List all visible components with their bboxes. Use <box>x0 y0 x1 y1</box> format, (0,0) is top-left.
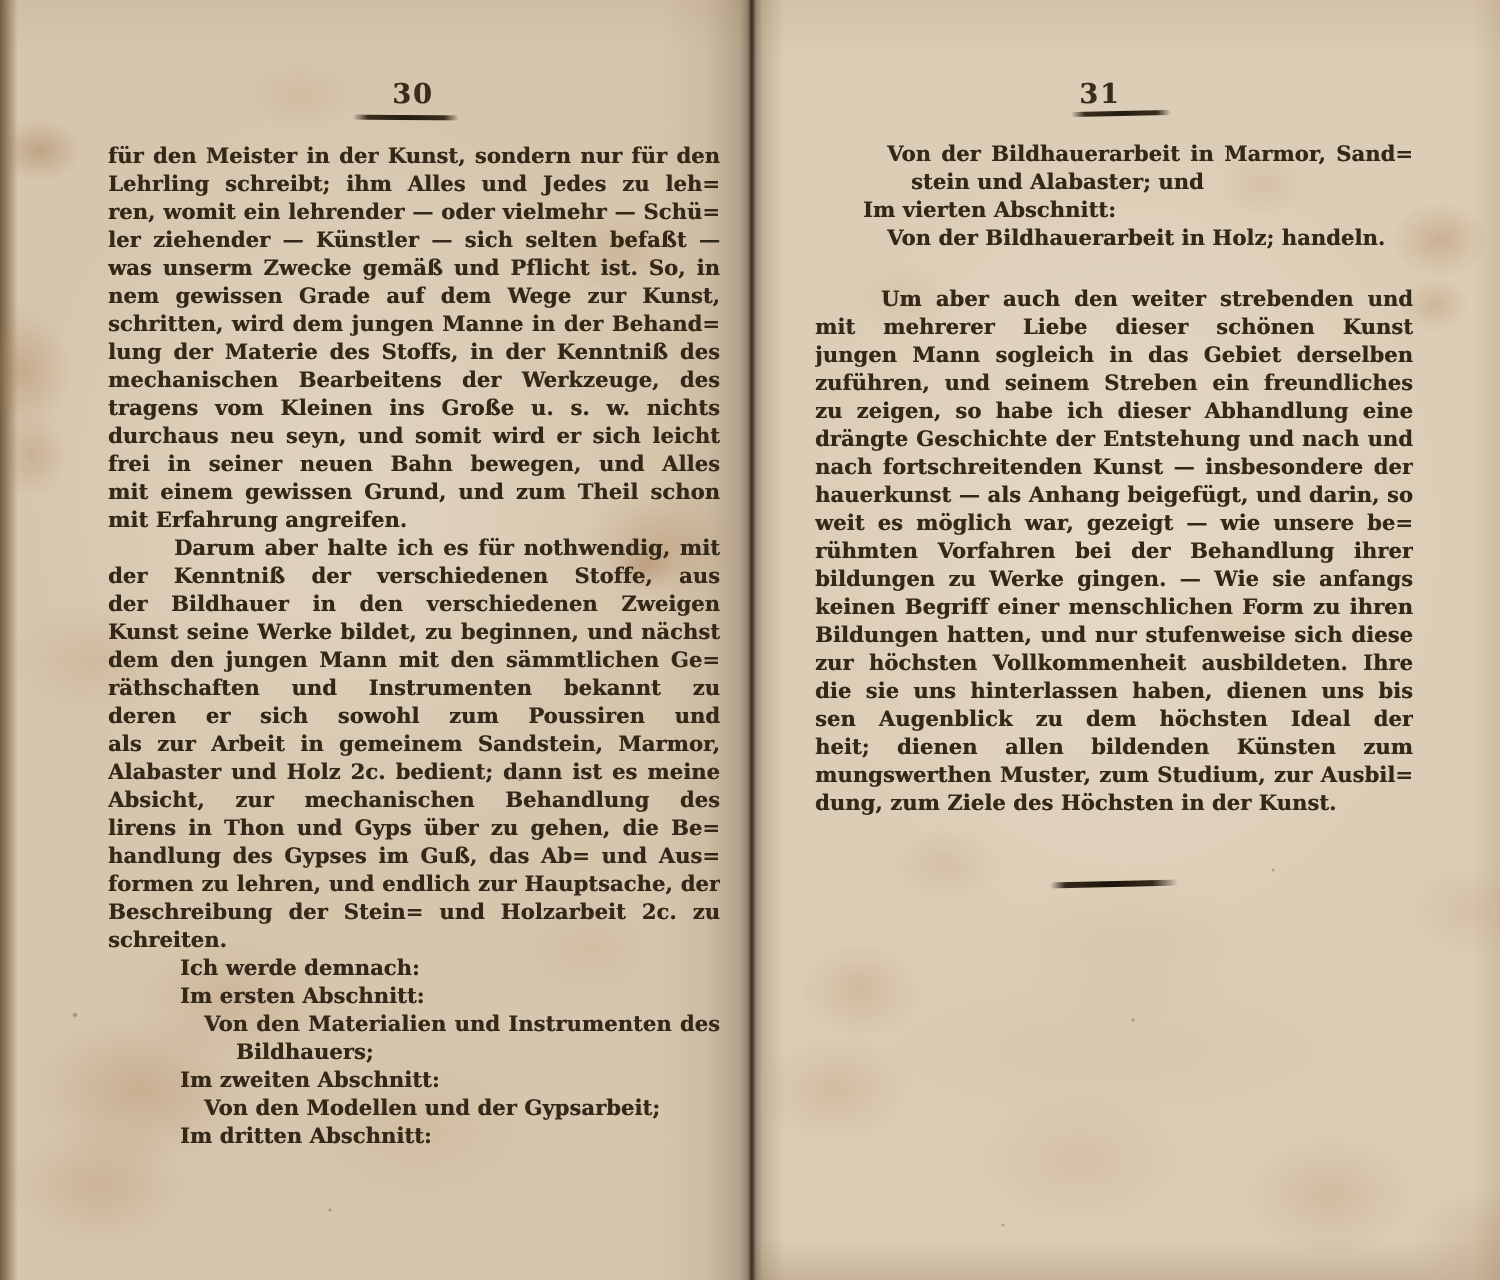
text-line: ren, womit ein lehrender — oder vielmehr… <box>108 198 720 226</box>
text-line: Von der Bildhauerarbeit in Holz; handeln… <box>815 224 1413 252</box>
text-line: zuführen, und seinem Streben ein freundl… <box>815 369 1413 397</box>
text-line: was unserm Zwecke gemäß und Pflicht ist.… <box>108 254 720 282</box>
text-line: hauerkunst — als Anhang beigefügt, und d… <box>815 481 1413 509</box>
text-line: Im vierten Abschnitt: <box>815 196 1413 224</box>
section-separator-rule <box>1050 880 1178 889</box>
text-line: Von den Materialien und Instrumenten des <box>108 1010 720 1038</box>
text-line: Im dritten Abschnitt: <box>108 1122 720 1150</box>
header-rule-left <box>353 115 459 121</box>
text-line: zu zeigen, so habe ich dieser Abhandlung… <box>815 397 1413 425</box>
text-line: Darum aber halte ich es für nothwendig, … <box>108 534 720 562</box>
text-line: schreiten. <box>108 926 720 954</box>
text-line: lung der Materie des Stoffs, in der Kenn… <box>108 338 720 366</box>
header-rule-right <box>1071 110 1171 117</box>
text-line: deren er sich sowohl zum Poussiren und M… <box>108 702 720 730</box>
text-line: durchaus neu seyn, und somit wird er sic… <box>108 422 720 450</box>
text-line: Ich werde demnach: <box>108 954 720 982</box>
text-line: mit mehrerer Liebe dieser schönen Kunst … <box>815 313 1413 341</box>
text-line: Im zweiten Abschnitt: <box>108 1066 720 1094</box>
text-line: schritten, wird dem jungen Manne in der … <box>108 310 720 338</box>
text-line: rühmten Vorfahren bei der Behandlung ihr… <box>815 537 1413 565</box>
text-line: nach fortschreitenden Kunst — insbesonde… <box>815 453 1413 481</box>
text-line: dem den jungen Mann mit den sämmtlichen … <box>108 646 720 674</box>
left-page: 30 für den Meister in der Kunst, sondern… <box>0 0 753 1280</box>
text-line: mechanischen Bearbeitens der Werkzeuge, … <box>108 366 720 394</box>
text-line: Beschreibung der Stein= und Holzarbeit 2… <box>108 898 720 926</box>
text-line: drängte Geschichte der Entstehung und na… <box>815 425 1413 453</box>
text-line: Von den Modellen und der Gypsarbeit; <box>108 1094 720 1122</box>
right_page-text-column: Von der Bildhauerarbeit in Marmor, Sand=… <box>815 140 1413 817</box>
text-line: mungswerthen Muster, zum Studium, zur Au… <box>815 761 1413 789</box>
text-line: Lehrling schreibt; ihm Alles und Jedes z… <box>108 170 720 198</box>
page-number-right: 31 <box>815 78 1385 112</box>
text-line: heit; dienen allen bildenden Künsten zum… <box>815 733 1413 761</box>
text-line: weit es möglich war, gezeigt — wie unser… <box>815 509 1413 537</box>
text-line: Absicht, zur mechanischen Behandlung des… <box>108 786 720 814</box>
text-line: Im ersten Abschnitt: <box>108 982 720 1010</box>
text-line: ler ziehender — Künstler — sich selten b… <box>108 226 720 254</box>
text-line: für den Meister in der Kunst, sondern nu… <box>108 142 720 170</box>
text-line: als zur Arbeit in gemeinem Sandstein, Ma… <box>108 730 720 758</box>
text-line: tragens vom Kleinen ins Große u. s. w. n… <box>108 394 720 422</box>
text-line: Um aber auch den weiter strebenden und s… <box>815 285 1413 313</box>
book-scan: 30 für den Meister in der Kunst, sondern… <box>0 0 1500 1280</box>
text-line: Bildhauers; <box>108 1038 720 1066</box>
text-line: Von der Bildhauerarbeit in Marmor, Sand= <box>815 140 1413 168</box>
text-line: Bildungen hatten, und nur stufenweise si… <box>815 621 1413 649</box>
text-line: handlung des Gypses im Guß, das Ab= und … <box>108 842 720 870</box>
page-number-left: 30 <box>108 78 718 112</box>
right-page: 31 Von der Bildhauerarbeit in Marmor, Sa… <box>753 0 1500 1280</box>
text-line: die sie uns hinterlassen haben, dienen u… <box>815 677 1413 705</box>
text-line: formen zu lehren, und endlich zur Haupts… <box>108 870 720 898</box>
text-line: Kunst seine Werke bildet, zu beginnen, u… <box>108 618 720 646</box>
text-line: stein und Alabaster; und <box>815 168 1413 196</box>
text-line: Alabaster und Holz 2c. bedient; dann ist… <box>108 758 720 786</box>
text-line: dung, zum Ziele des Höchsten in der Kuns… <box>815 789 1413 817</box>
text-line: der Kenntniß der verschiedenen Stoffe, a… <box>108 562 720 590</box>
text-line: mit einem gewissen Grund, und zum Theil … <box>108 478 720 506</box>
text-line: keinen Begriff einer menschlichen Form z… <box>815 593 1413 621</box>
text-line: jungen Mann sogleich in das Gebiet derse… <box>815 341 1413 369</box>
text-line: der Bildhauer in den verschiedenen Zweig… <box>108 590 720 618</box>
text-line: zur höchsten Vollkommenheit ausbildeten.… <box>815 649 1413 677</box>
text-line: mit Erfahrung angreifen. <box>108 506 720 534</box>
text-line: räthschaften und Instrumenten bekannt zu… <box>108 674 720 702</box>
text-line: bildungen zu Werke gingen. — Wie sie anf… <box>815 565 1413 593</box>
text-line: nem gewissen Grade auf dem Wege zur Kuns… <box>108 282 720 310</box>
text-line: frei in seiner neuen Bahn bewegen, und A… <box>108 450 720 478</box>
binding-gutter <box>748 0 756 1280</box>
left_page-text-column: für den Meister in der Kunst, sondern nu… <box>108 142 720 1150</box>
text-line: sen Augenblick zu dem höchsten Ideal der… <box>815 705 1413 733</box>
text-line: lirens in Thon und Gyps über zu gehen, d… <box>108 814 720 842</box>
